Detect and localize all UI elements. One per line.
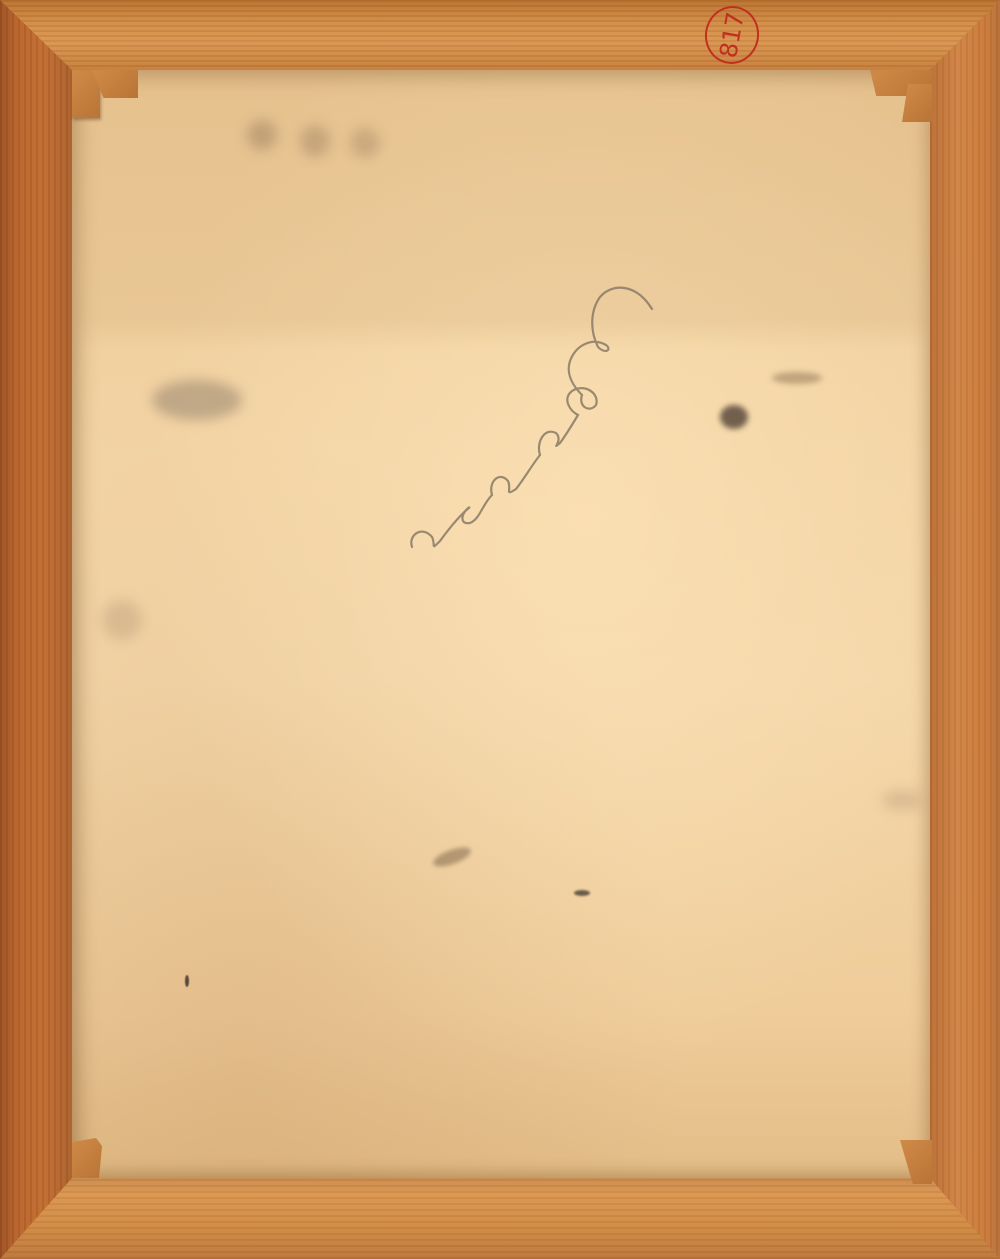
canvas-linen [72,70,930,1178]
stain-smudge [247,120,277,150]
canvas-back-photo: 817 [0,0,1000,1259]
stretcher-bar-top [0,0,1000,70]
stain-dark-spot [574,890,590,896]
stretcher-bar-left [0,0,72,1259]
stain-dark-spot [185,975,189,987]
stain-smudge [102,600,142,640]
stain-smudge [431,844,473,871]
stain-dark-spot [720,405,748,429]
stain-smudge [772,372,822,384]
stain-smudge [152,380,242,420]
stretcher-bar-right [930,0,1000,1259]
pencil-signature-scrawl [400,275,660,555]
stain-smudge [300,125,330,157]
inventory-number-text: 817 [714,10,750,60]
stain-smudge [350,128,380,158]
corner-key-bottom-left [72,1138,102,1178]
stretcher-bar-bottom [0,1178,1000,1259]
stain-smudge [882,790,922,810]
